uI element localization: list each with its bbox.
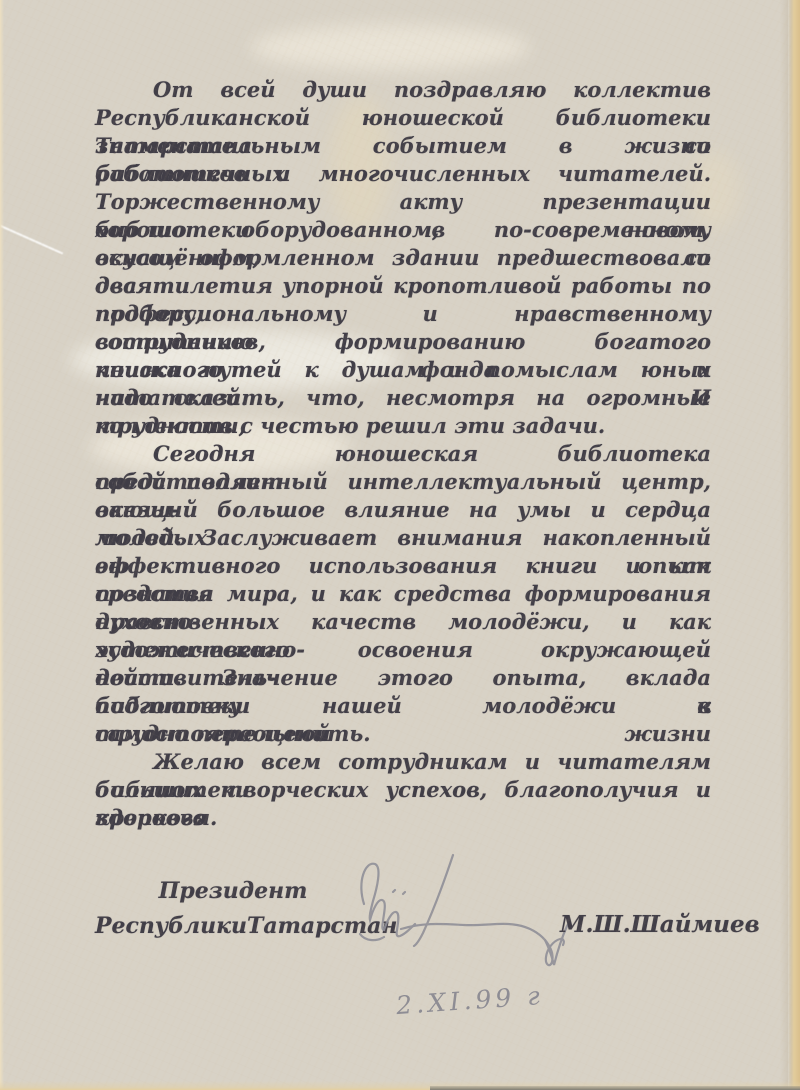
letter-line: вкусом оформленном здании предшествовали…	[95, 244, 711, 272]
letter-line: поиска путей к душам и помыслам юных чит…	[95, 356, 711, 384]
letter-line: знаменательным событием в жизни библиоте…	[95, 132, 711, 160]
scanned-letter-page: От всей души поздравляю коллективРеспубл…	[0, 0, 800, 1090]
scanner-bed-strip	[430, 1086, 800, 1090]
letter-line: познания мира, и как средства формирован…	[95, 580, 711, 608]
letter-line: профессиональному и нравственному воспит…	[95, 300, 711, 328]
letter-line: Торжественному акту презентации библиоте…	[95, 188, 711, 216]
letter-paragraph: От всей души поздравляю коллективРеспубл…	[95, 76, 711, 440]
letter-line: здоровья.	[95, 804, 711, 832]
letter-line: надо сказать, что, несмотря на огромные …	[95, 384, 711, 412]
letter-line: От всей души поздравляю коллектив	[95, 76, 711, 104]
letter-line: хорошо оборудованном, по-современному ос…	[95, 216, 711, 244]
page-edge-right	[788, 0, 800, 1090]
letter-body: От всей души поздравляю коллективРеспубл…	[95, 76, 711, 832]
letter-line: ности. Значение этого опыта, вклада библ…	[95, 664, 711, 692]
signatory-title: Президент РеспубликиТатарстан	[95, 874, 371, 944]
letter-line: собой подлинный интеллектуальный центр, …	[95, 468, 711, 496]
letter-line: Республиканской юношеской библиотеки Тат…	[95, 104, 711, 132]
signatory-name: М.Ш.Шаймиев	[560, 911, 730, 938]
letter-line: коллектив с честью решил эти задачи.	[95, 412, 711, 440]
letter-line: больших творческих успехов, благополучия…	[95, 776, 711, 804]
letter-line: нравственных качеств молодёжи, и как худ…	[95, 608, 711, 636]
letter-paragraph: Сегодня юношеская библиотека представляе…	[95, 440, 711, 748]
letter-line: десятилетия упорной кропотливой работы п…	[95, 272, 711, 300]
signatory-title-line2: РеспубликиТатарстан	[95, 909, 371, 944]
letter-line: подготовку нашей молодёжи к самостоятель…	[95, 692, 711, 720]
signatory-title-line1: Президент	[95, 874, 371, 909]
page-edge-left	[0, 0, 4, 1090]
handwritten-signature	[348, 852, 592, 980]
letter-line: людей. Заслуживает внимания накопленный …	[95, 524, 711, 552]
letter-line: работников и многочисленных читателей.	[95, 160, 711, 188]
letter-line: сотрудников, формированию богатого книжн…	[95, 328, 711, 356]
letter-line: эстетического освоения окружающей действ…	[95, 636, 711, 664]
letter-paragraph: Желаю всем сотрудникам и читателям библи…	[95, 748, 711, 832]
paper-scratch	[0, 223, 63, 254]
bleed-through-ghost	[250, 25, 530, 70]
page-edge-shadow	[780, 0, 788, 1090]
letter-line: Сегодня юношеская библиотека представляе…	[95, 440, 711, 468]
letter-line: Желаю всем сотрудникам и читателям библи…	[95, 748, 711, 776]
handwritten-date: 2.XI.99 г	[395, 981, 545, 1020]
letter-line: вающий большое влияние на умы и сердца м…	[95, 496, 711, 524]
letter-line: эффективного использования книги и как с…	[95, 552, 711, 580]
